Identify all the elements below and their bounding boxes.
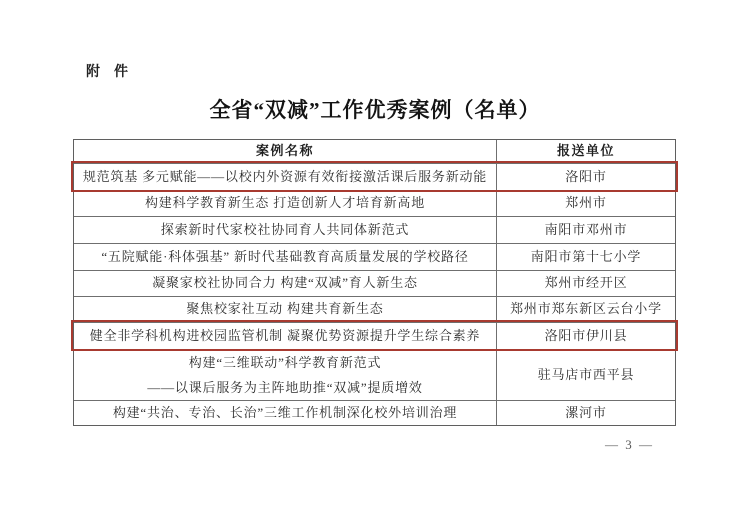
table-row: 探索新时代家校社协同育人共同体新范式 南阳市邓州市 (74, 217, 675, 244)
unit-cell: 洛阳市 (497, 164, 675, 190)
table-row: 凝聚家校社协同合力 构建“双减”育人新生态 郑州市经开区 (74, 271, 675, 297)
case-name-cell: “五院赋能·科体强基” 新时代基础教育高质量发展的学校路径 (74, 244, 497, 270)
unit-cell: 南阳市第十七小学 (497, 244, 675, 270)
table-header-row: 案例名称 报送单位 (74, 140, 675, 164)
case-name-cell: 健全非学科机构进校园监管机制 凝聚优势资源提升学生综合素养 (74, 323, 497, 349)
page-title: 全省“双减”工作优秀案例（名单） (0, 94, 750, 124)
case-line-1: 构建“三维联动”科学教育新范式 (189, 350, 382, 375)
table-row: 聚焦校家社互动 构建共育新生态 郑州市郑东新区云台小学 (74, 297, 675, 323)
unit-cell: 郑州市郑东新区云台小学 (497, 297, 675, 322)
unit-cell: 漯河市 (497, 401, 675, 425)
case-name-cell: 凝聚家校社协同合力 构建“双减”育人新生态 (74, 271, 497, 296)
table-row: 规范筑基 多元赋能——以校内外资源有效衔接激活课后服务新动能 洛阳市 (74, 164, 675, 191)
case-name-cell: 构建“三维联动”科学教育新范式 ——以课后服务为主阵地助推“双减”提质增效 (74, 350, 497, 400)
case-name-cell: 聚焦校家社互动 构建共育新生态 (74, 297, 497, 322)
case-name-cell: 构建“共治、专治、长治”三维工作机制深化校外培训治理 (74, 401, 497, 425)
unit-cell: 郑州市经开区 (497, 271, 675, 296)
table-row: 构建“三维联动”科学教育新范式 ——以课后服务为主阵地助推“双减”提质增效 驻马… (74, 350, 675, 401)
case-line-2: ——以课后服务为主阵地助推“双减”提质增效 (147, 375, 422, 400)
case-name-cell: 规范筑基 多元赋能——以校内外资源有效衔接激活课后服务新动能 (74, 164, 497, 190)
unit-cell: 郑州市 (497, 191, 675, 216)
unit-cell: 南阳市邓州市 (497, 217, 675, 243)
case-name-cell: 构建科学教育新生态 打造创新人才培育新高地 (74, 191, 497, 216)
unit-cell: 洛阳市伊川县 (497, 323, 675, 349)
unit-cell: 驻马店市西平县 (497, 350, 675, 400)
table-row: 健全非学科机构进校园监管机制 凝聚优势资源提升学生综合素养 洛阳市伊川县 (74, 323, 675, 350)
page-number: — 3 — (605, 437, 654, 453)
table-row: 构建科学教育新生态 打造创新人才培育新高地 郑州市 (74, 191, 675, 217)
attachment-label: 附 件 (86, 61, 128, 81)
table-row: “五院赋能·科体强基” 新时代基础教育高质量发展的学校路径 南阳市第十七小学 (74, 244, 675, 271)
column-header-unit: 报送单位 (497, 140, 675, 163)
column-header-case: 案例名称 (74, 140, 497, 163)
cases-table: 案例名称 报送单位 规范筑基 多元赋能——以校内外资源有效衔接激活课后服务新动能… (73, 139, 676, 426)
case-name-cell: 探索新时代家校社协同育人共同体新范式 (74, 217, 497, 243)
table-row: 构建“共治、专治、长治”三维工作机制深化校外培训治理 漯河市 (74, 401, 675, 425)
